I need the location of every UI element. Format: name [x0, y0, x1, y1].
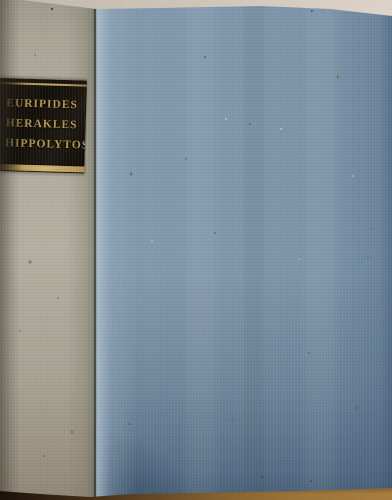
- spine-hinge-groove: [93, 7, 97, 497]
- book-photo: EURIPIDES HERAKLES HIPPOLYTOS: [0, 0, 392, 500]
- spine-left-edge-shade: [0, 0, 20, 500]
- book: EURIPIDES HERAKLES HIPPOLYTOS: [0, 0, 392, 500]
- front-cover: [96, 0, 392, 500]
